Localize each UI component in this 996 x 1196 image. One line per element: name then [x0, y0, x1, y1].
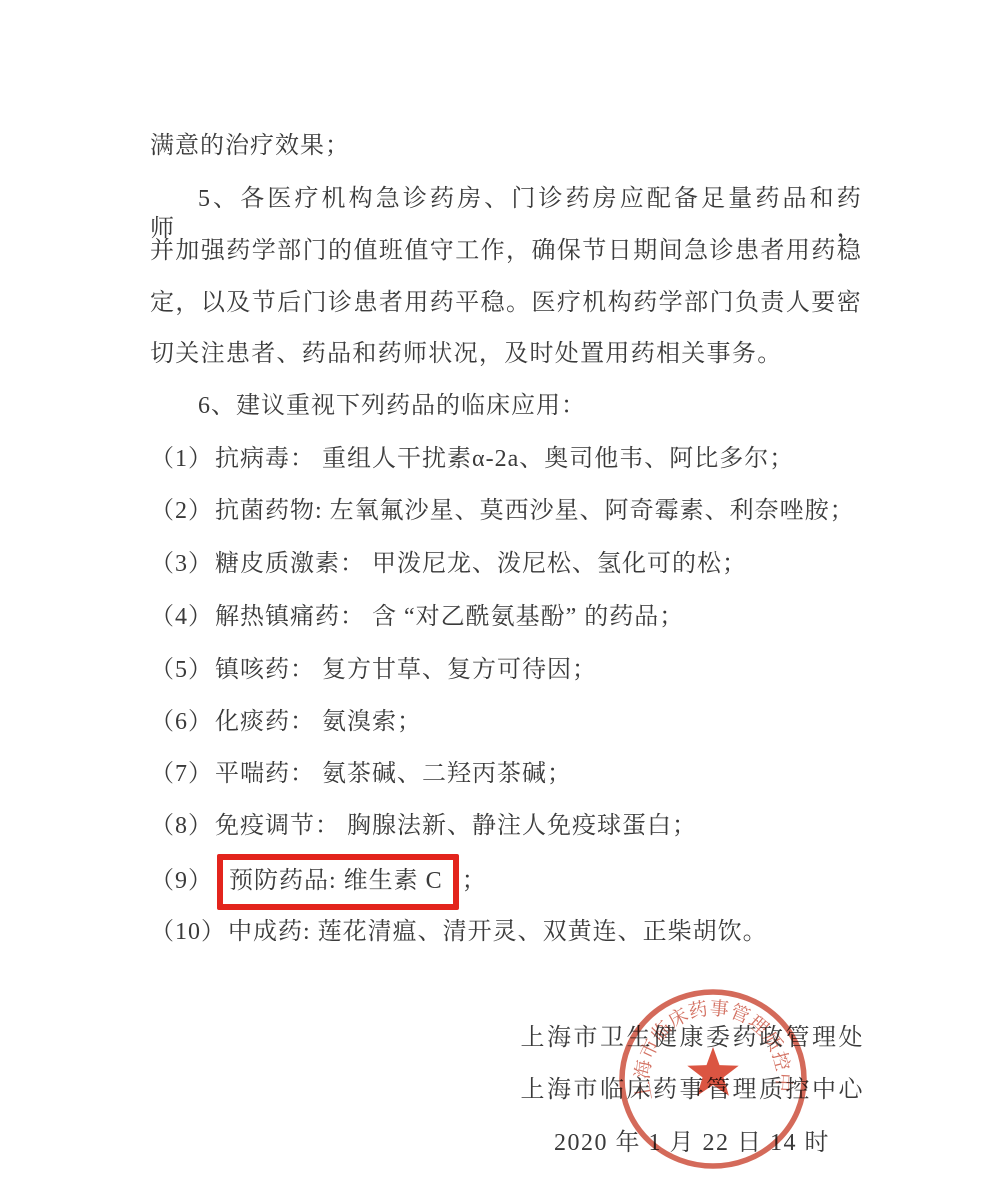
drug-item-5: （5）镇咳药： 复方甘草、复方可待因； — [150, 655, 597, 685]
item-text: 免疫调节： 胸腺法新、静注人免疫球蛋白； — [215, 813, 697, 839]
item-text: 抗病毒： 重组人干扰素α-2a、奥司他韦、阿比多尔； — [215, 446, 794, 472]
item-number: （7） — [150, 761, 213, 787]
drug-item-9: （9）预防药品: 维生素 C； — [150, 866, 487, 896]
drug-item-8: （8）免疫调节： 胸腺法新、静注人免疫球蛋白； — [150, 811, 697, 841]
drug-item-7: （7）平喘药： 氨茶碱、二羟丙茶碱； — [150, 759, 572, 789]
section6-heading: 6、建议重视下列药品的临床应用： — [150, 391, 586, 421]
item-number: （6） — [150, 709, 213, 735]
item-number: （2） — [150, 498, 213, 524]
item-suffix: ； — [462, 868, 487, 894]
drug-item-3: （3）糖皮质激素： 甲泼尼龙、泼尼松、氢化可的松； — [150, 549, 747, 579]
item-number: （4） — [150, 604, 213, 630]
item-text: 糖皮质激素： 甲泼尼龙、泼尼松、氢化可的松； — [215, 551, 747, 577]
item-number: （1） — [150, 446, 213, 472]
item-text: 化痰药： 氨溴索； — [215, 709, 422, 735]
paragraph5-line-1: 5、各医疗机构急诊药房、门诊药房应配备足量药品和药师， — [150, 184, 862, 244]
item-text: 抗菌药物: 左氧氟沙星、莫西沙星、阿奇霉素、利奈唑胺； — [215, 498, 855, 524]
drug-item-4: （4）解热镇痛药： 含 “对乙酰氨基酚” 的药品； — [150, 602, 684, 632]
intro-line: 满意的治疗效果； — [150, 131, 350, 161]
drug-item-10: （10）中成药: 莲花清瘟、清开灵、双黄连、正柴胡饮。 — [150, 917, 768, 947]
paragraph5-line-3: 定，以及节后门诊患者用药平稳。医疗机构药学部门负责人要密 — [150, 288, 862, 318]
item-text: 镇咳药： 复方甘草、复方可待因； — [215, 657, 597, 683]
signature-date: 2020 年 1 月 22 日 14 时 — [554, 1128, 830, 1158]
paragraph5-line-4: 切关注患者、药品和药师状况，及时处置用药相关事务。 — [150, 339, 862, 369]
signature-org-1: 上海市卫生健康委药政管理处 — [521, 1023, 866, 1053]
drug-item-2: （2）抗菌药物: 左氧氟沙星、莫西沙星、阿奇霉素、利奈唑胺； — [150, 496, 855, 526]
item-number: （3） — [150, 551, 213, 577]
drug-item-6: （6）化痰药： 氨溴索； — [150, 707, 422, 737]
item-number: （10） — [150, 919, 226, 945]
item-text: 中成药: 莲花清瘟、清开灵、双黄连、正柴胡饮。 — [228, 919, 768, 945]
signature-org-2: 上海市临床药事管理质控中心 — [521, 1075, 866, 1105]
paragraph5-line-2: 并加强药学部门的值班值守工作，确保节日期间急诊患者用药稳 — [150, 236, 862, 266]
drug-item-1: （1）抗病毒： 重组人干扰素α-2a、奥司他韦、阿比多尔； — [150, 444, 794, 474]
highlight-box: 预防药品: 维生素 C — [217, 854, 459, 910]
item-number: （9） — [150, 868, 213, 894]
item-number: （5） — [150, 657, 213, 683]
item-text: 平喘药： 氨茶碱、二羟丙茶碱； — [215, 761, 572, 787]
item-number: （8） — [150, 813, 213, 839]
document-page: 满意的治疗效果； 5、各医疗机构急诊药房、门诊药房应配备足量药品和药师， 并加强… — [0, 0, 996, 1196]
item-text: 解热镇痛药： 含 “对乙酰氨基酚” 的药品； — [215, 604, 684, 630]
